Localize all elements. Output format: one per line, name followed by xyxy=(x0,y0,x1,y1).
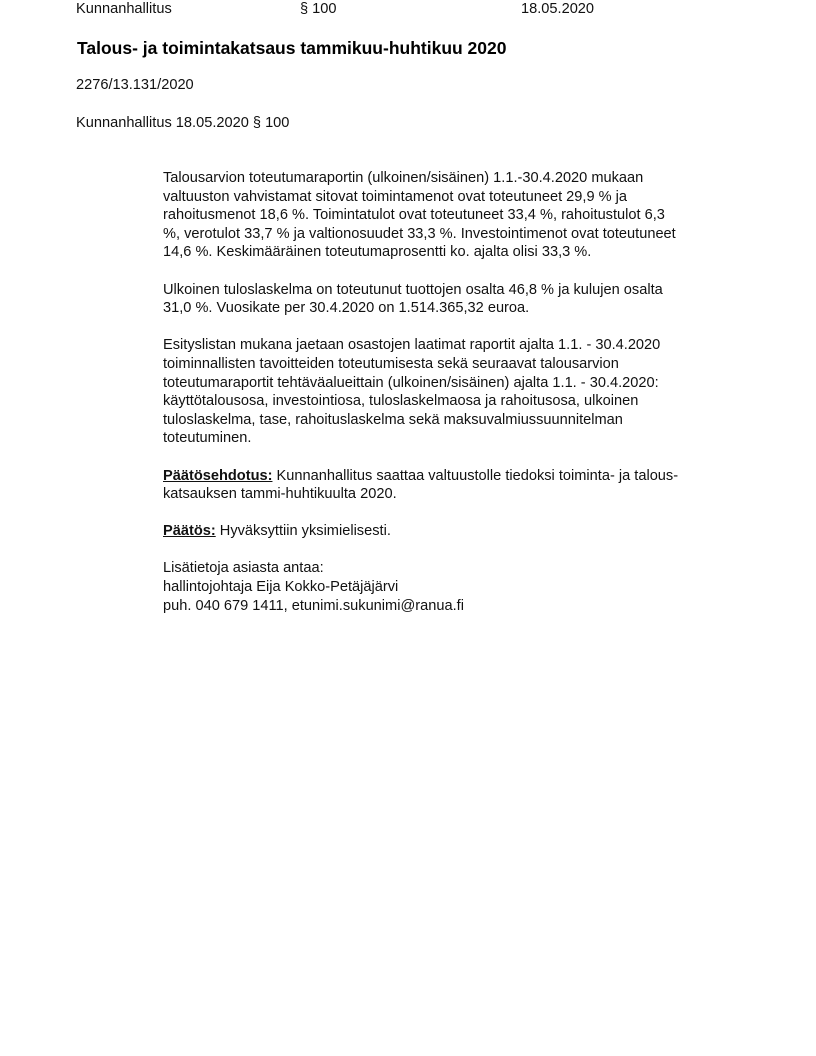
paragraph-reports: Esityslistan mukana jaetaan osastojen la… xyxy=(163,336,733,448)
header-date: 18.05.2020 xyxy=(521,0,594,18)
proposal-label: Päätösehdotus: xyxy=(163,468,272,484)
text-line: %, verotulot 33,7 % ja valtionosuudet 33… xyxy=(163,225,733,244)
contact-details: puh. 040 679 1411, etunimi.sukunimi@ranu… xyxy=(163,597,733,616)
document-body: Talousarvion toteutumaraportin (ulkoinen… xyxy=(163,169,733,634)
paragraph-budget-realization: Talousarvion toteutumaraportin (ulkoinen… xyxy=(163,169,733,262)
decision-label: Päätös: xyxy=(163,523,216,539)
text-line: katsauksen tammi-huhtikuulta 2020. xyxy=(163,485,733,504)
text-line: Esityslistan mukana jaetaan osastojen la… xyxy=(163,336,733,355)
paragraph-income-statement: Ulkoinen tuloslaskelma on toteutunut tuo… xyxy=(163,281,733,318)
decision: Päätös: Hyväksyttiin yksimielisesti. xyxy=(163,522,733,541)
text-line: 31,0 %. Vuosikate per 30.4.2020 on 1.514… xyxy=(163,299,733,318)
header-section: § 100 xyxy=(300,0,337,18)
contact-info: Lisätietoja asiasta antaa: hallintojohta… xyxy=(163,559,733,615)
proposal-line: Päätösehdotus: Kunnanhallitus saattaa va… xyxy=(163,467,733,486)
text-line: Talousarvion toteutumaraportin (ulkoinen… xyxy=(163,169,733,188)
decision-proposal: Päätösehdotus: Kunnanhallitus saattaa va… xyxy=(163,467,733,504)
text-line: valtuuston vahvistamat sitovat toimintam… xyxy=(163,188,733,207)
text-line: toiminnallisten tavoitteiden toteutumise… xyxy=(163,355,733,374)
contact-person: hallintojohtaja Eija Kokko-Petäjäjärvi xyxy=(163,578,733,597)
proposal-text: Kunnanhallitus saattaa valtuustolle tied… xyxy=(272,468,678,484)
contact-intro: Lisätietoja asiasta antaa: xyxy=(163,559,733,578)
text-line: 14,6 %. Keskimääräinen toteutumaprosentt… xyxy=(163,243,733,262)
diary-number: 2276/13.131/2020 xyxy=(76,76,194,94)
text-line: käyttötalousosa, investointiosa, tulosla… xyxy=(163,392,733,411)
text-line: tuloslaskelma, tase, rahoituslaskelma se… xyxy=(163,411,733,430)
text-line: toteutumaraportit tehtäväalueittain (ulk… xyxy=(163,374,733,393)
header-organ: Kunnanhallitus xyxy=(76,0,172,18)
document-title: Talous- ja toimintakatsaus tammikuu-huht… xyxy=(77,37,507,59)
decision-text: Hyväksyttiin yksimielisesti. xyxy=(216,523,391,539)
meeting-reference: Kunnanhallitus 18.05.2020 § 100 xyxy=(76,114,289,132)
text-line: Ulkoinen tuloslaskelma on toteutunut tuo… xyxy=(163,281,733,300)
text-line: rahoitusmenot 18,6 %. Toimintatulot ovat… xyxy=(163,206,733,225)
decision-line: Päätös: Hyväksyttiin yksimielisesti. xyxy=(163,522,733,541)
text-line: toteutuminen. xyxy=(163,429,733,448)
